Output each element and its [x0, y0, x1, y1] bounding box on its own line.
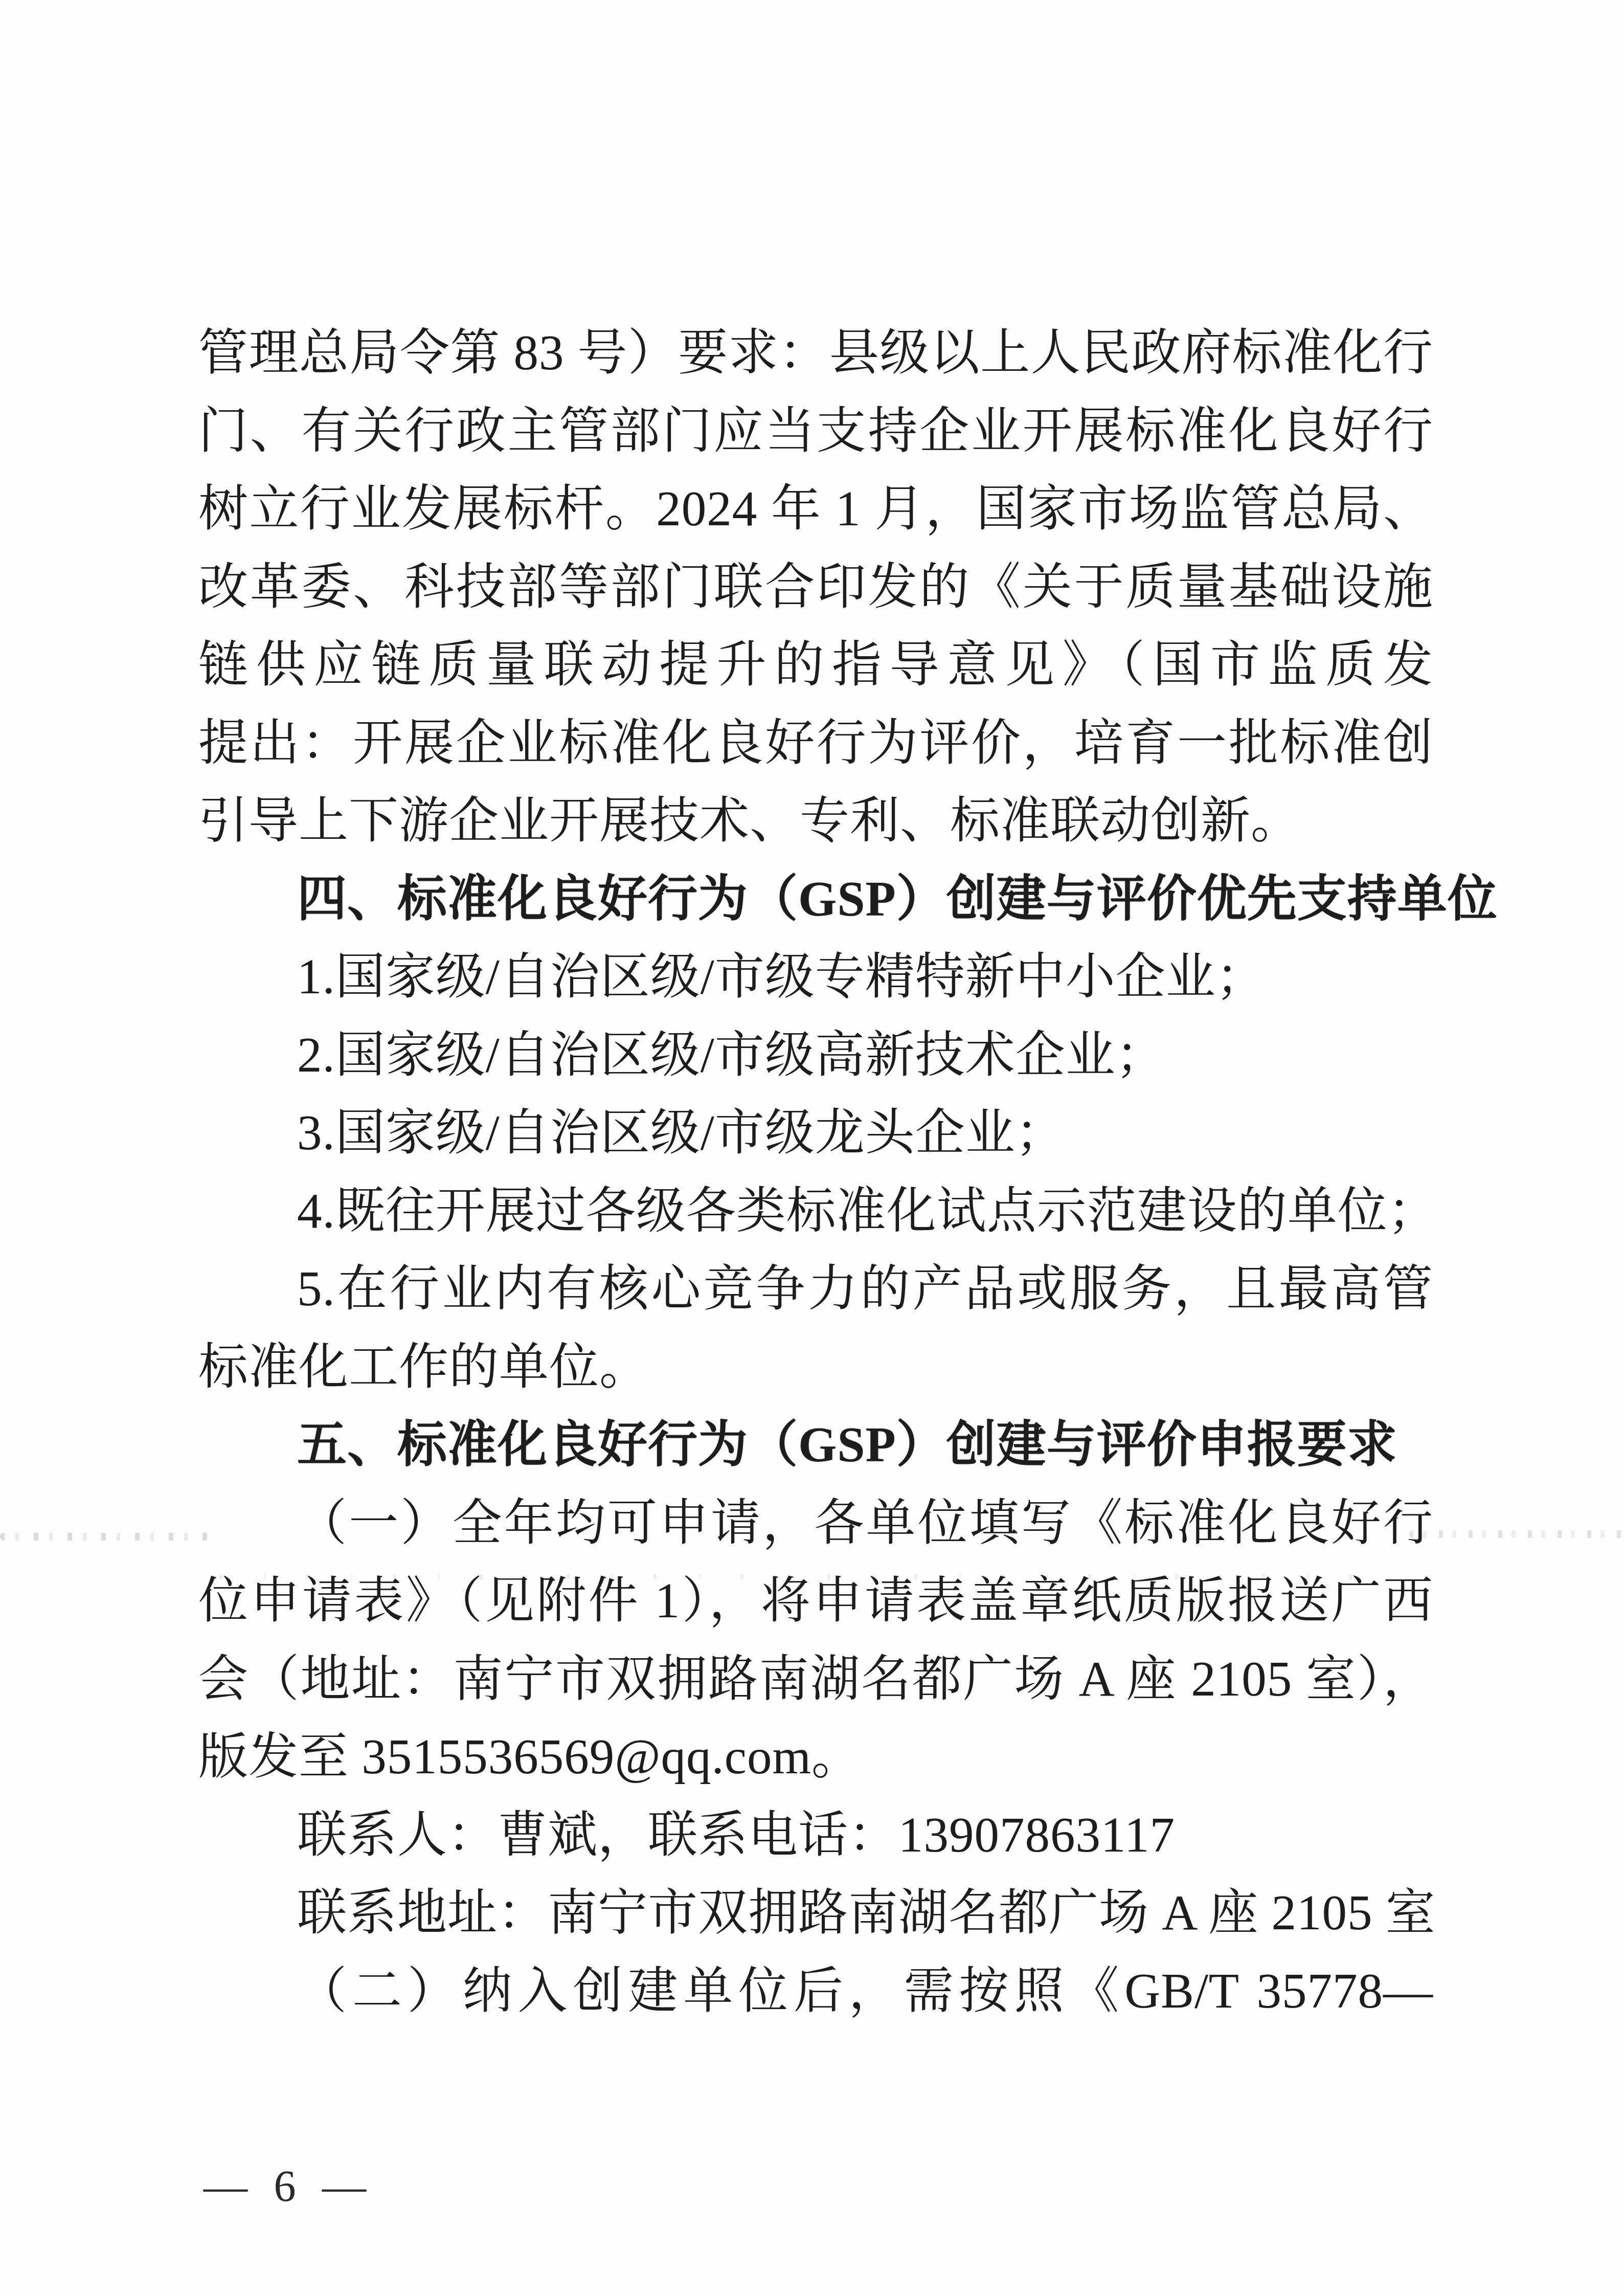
text-line: 改革委、科技部等部门联合印发的《关于质量基础设施助力产业 — [198, 548, 1433, 627]
text-line: （一）全年均可申请，各单位填写《标准化良好行为创建单 — [198, 1484, 1433, 1563]
document-page: 管理总局令第 83 号）要求：县级以上人民政府标准化行政主管部 门、有关行政主管… — [0, 0, 1624, 2296]
text-line: 会（地址：南宁市双拥路南湖名都广场 A 座 2105 室），PDF 电子 — [198, 1640, 1433, 1719]
text-line: 版发至 3515536569@qq.com。 — [198, 1718, 1433, 1796]
text-line: 引导上下游企业开展技术、专利、标准联动创新。 — [198, 782, 1433, 860]
list-item: 5.在行业内有核心竞争力的产品或服务，且最高管理者重视 — [198, 1250, 1433, 1328]
section-heading: 五、标准化良好行为（GSP）创建与评价申报要求 — [198, 1406, 1433, 1484]
text-line: 管理总局令第 83 号）要求：县级以上人民政府标准化行政主管部 — [198, 314, 1433, 392]
contact-person-line: 联系人：曹斌，联系电话：13907863117 — [198, 1796, 1433, 1875]
contact-address-line: 联系地址：南宁市双拥路南湖名都广场 A 座 2105 室 — [198, 1874, 1433, 1952]
text-line: 提出：开展企业标准化良好行为评价，培育一批标准创新型企业， — [198, 704, 1433, 783]
document-text: 管理总局令第 83 号）要求：县级以上人民政府标准化行政主管部 门、有关行政主管… — [198, 314, 1433, 2030]
list-item: 3.国家级/自治区级/市级龙头企业； — [198, 1094, 1433, 1172]
text-line: （二）纳入创建单位后，需按照《GB/T 35778—2017 企业标 — [198, 1952, 1433, 2031]
list-item: 2.国家级/自治区级/市级高新技术企业； — [198, 1016, 1433, 1095]
list-item: 4.既往开展过各级各类标准化试点示范建设的单位； — [198, 1172, 1433, 1251]
text-line: 位申请表》（见附件 1），将申请表盖章纸质版报送广西药师协 — [198, 1562, 1433, 1640]
text-line: 链供应链质量联动提升的指导意见》（国市监质发〔2024〕6 号） — [198, 626, 1433, 704]
scan-artifact — [0, 1533, 209, 1541]
text-line: 标准化工作的单位。 — [198, 1328, 1433, 1407]
page-number: — 6 — — [204, 2154, 368, 2218]
text-line: 树立行业发展标杆。2024 年 1 月，国家市场监管总局、国家发展 — [198, 470, 1433, 548]
scan-artifact — [1409, 1530, 1624, 1538]
section-heading: 四、标准化良好行为（GSP）创建与评价优先支持单位 — [198, 860, 1433, 939]
text-line: 门、有关行政主管部门应当支持企业开展标准化良好行为创建， — [198, 392, 1433, 471]
list-item: 1.国家级/自治区级/市级专精特新中小企业； — [198, 938, 1433, 1016]
